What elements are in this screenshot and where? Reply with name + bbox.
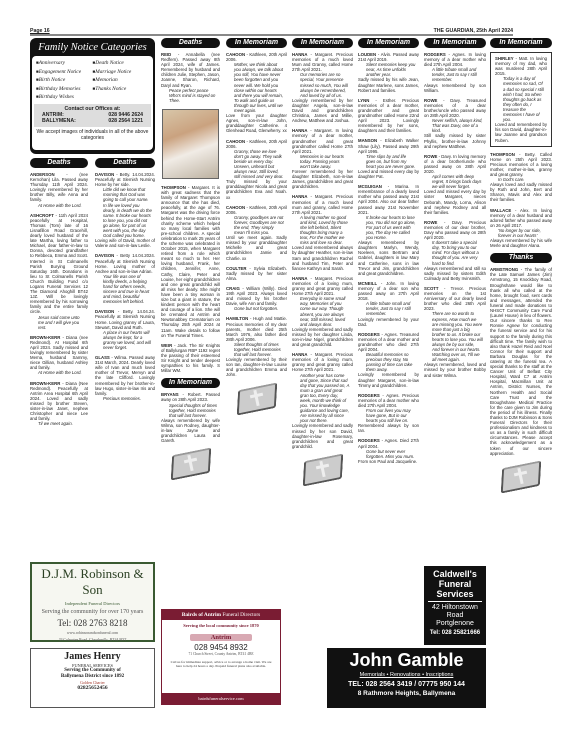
notice-text: - The family of the Late Samuel James (J… <box>490 267 552 455</box>
notice: MANSON - Elizabeth Walker Shaw (Lily). P… <box>358 138 419 179</box>
category-item: Marriage Notice <box>93 68 150 77</box>
notice-verse: Gone but not forgotten. <box>226 306 287 311</box>
category-item: Birth Notice <box>36 76 93 85</box>
images-note: We accept images of individuals in all o… <box>36 129 149 142</box>
notice: BROWN-KERR - Diana (nee Redmond). At Hos… <box>30 335 88 376</box>
section-header-in-memoriam: In Memoriam <box>226 38 287 48</box>
notice-closing: Lovingly remembered and sadly missed by … <box>292 423 353 448</box>
bible-icon <box>300 455 346 487</box>
notice: ROWE - Davy. In loving memory of a dear … <box>424 154 486 215</box>
notice-verse: Peace perfect peace Who's mind is stayed… <box>161 88 220 103</box>
notice-verse: Beautiful memories so precious they stay… <box>358 352 419 372</box>
notice-verse: Time slips by and life goes on, but from… <box>358 154 419 169</box>
notice: HANNA - Margaret. Precious memories of a… <box>292 352 353 449</box>
notice-verse: Silent memories keep you near, As time u… <box>358 62 419 77</box>
ad-town: Antrim <box>190 634 252 641</box>
categories-list: Anniversary Death Notice Engagement Noti… <box>36 59 149 102</box>
portrait-photo <box>162 109 219 179</box>
notice-text: - Wilma. Passed away 31st March, 2024. D… <box>95 355 155 396</box>
notice: MCNEILL - John. In loving memory of a de… <box>358 281 419 327</box>
notice: CAHOON - Kathleen, 20th April 2006.Grann… <box>226 205 287 261</box>
notice: CAHOON - Kathleen, 20th April 2006.Grann… <box>226 139 287 200</box>
notice-closing: Always remembered by daughters Marlyn, W… <box>358 240 419 276</box>
notice-verse: Special thoughts of times together, Hold… <box>161 403 220 418</box>
notice-closing: Love from your daughter Agnes, son-in-la… <box>226 113 287 133</box>
notice-verse: Til we meet again. <box>30 421 88 426</box>
notice: HANNA - Margaret. Precious memories of a… <box>292 52 353 123</box>
notice-text: - (nee Kernohan) Lila. Passed away Thurs… <box>30 172 88 202</box>
notice: BRYANS - Robert. Passed away on 28th Apr… <box>161 392 220 443</box>
header-rule <box>30 34 513 36</box>
notice-verse: Precious memories. <box>95 396 155 401</box>
ad-phone: 028 9454 8932 <box>162 643 280 652</box>
section-header-deaths: Deaths <box>161 38 220 48</box>
notice: WALLACE - Alex. In loving memory of a de… <box>490 208 552 249</box>
notice-verse: Silent thoughts of times together, Hold … <box>226 342 287 357</box>
notice: CAHOON - Kathleen, 20th April 2006.Mothe… <box>226 52 287 134</box>
notice-verse: Our memories are so special, Your presen… <box>292 72 353 97</box>
notice-verse: A little tribute small and tender, Just … <box>358 301 419 316</box>
office-phone: 028 2564 1221 <box>108 118 143 124</box>
notice-verse: Your life was one of kindly deeds, a hel… <box>95 274 155 305</box>
notice-closing: Truly missed by your granddaughter Nicol… <box>226 179 287 199</box>
section-header-in-memoriam: In Memoriam <box>424 38 486 48</box>
section-header-in-memoriam: In Memoriam <box>358 38 419 48</box>
notice: REID - Annabella (nee Redfern). Passed a… <box>161 52 220 103</box>
category-item: Thanks Notice <box>93 85 150 94</box>
notice-text: - Annabella (nee Redfern). Passed away 8… <box>161 52 220 88</box>
notice-text: - Esther. Precious memories of a dear mo… <box>358 98 419 134</box>
ad-phone: Tel: 028 2763 8218 <box>32 618 153 628</box>
notice-verse: Never selfish, always kind, That was Dav… <box>424 118 486 133</box>
ad-phone: 02825652456 <box>31 685 154 691</box>
notice: CRAIG - William (Willy). Died 19th April… <box>226 286 287 311</box>
notice: THOMPSON - Betty. Called Home on 25th Ap… <box>490 152 552 203</box>
caldwells-funeral-services-ad[interactable]: Caldwell's Funeral Services 42 Hiltonsto… <box>424 566 486 645</box>
notice: HANNA - Margaret. Precious memories of a… <box>292 194 353 270</box>
contact-offices: Contact our Offices at: ANTRIM:028 9446 … <box>34 104 151 127</box>
category-item: Birthday Wishes <box>36 93 93 102</box>
notice-verse: A place in our hearts will always be kep… <box>95 330 155 350</box>
notice-closing: Sadly missed by his wife Jean, daughter … <box>358 77 419 92</box>
notice-verse: It doesn't take a special day, To bring … <box>424 240 486 265</box>
notice: GLASS - Wilma. Passed away 31st March, 2… <box>95 355 155 401</box>
memoriam-column-4: In Memoriam CAHOON - Kathleen, 20th Apri… <box>226 38 287 422</box>
notice-closing: Always remembered, loved and missed by y… <box>424 362 486 377</box>
notice: SCOTT - Trevor. Precious memories on the… <box>424 286 486 378</box>
notice-verse: Little did we know that morning that God… <box>95 187 155 238</box>
bible-icon <box>234 384 280 416</box>
notice-verse: April comes with deep regret, It brings … <box>424 174 486 189</box>
ad-title: Bairds of Antrim Funeral Directors <box>162 610 280 620</box>
notice: RODGERS - Agnes. Died 27th April 2004.Go… <box>358 438 419 463</box>
section-header-thanks: Thanks <box>490 253 552 263</box>
notice-text: - Diana (Nee Redmond). Peacefully at Ant… <box>30 381 88 422</box>
ad-address: Portglenone <box>424 620 486 628</box>
notice: BROWN-KERR - Diana (Nee Redmond). Peacef… <box>30 381 88 427</box>
notice: HAMILTON - Hugh and Mattie. Precious mem… <box>226 316 287 377</box>
bible-icon <box>168 449 214 481</box>
ad-title: D.J.M. Robinson & Son <box>32 566 153 598</box>
ad-title: John Gamble <box>327 650 486 670</box>
notice-closing: Always remembered by son William. <box>424 83 486 93</box>
djm-robinson-ad[interactable]: D.J.M. Robinson & Son Independent Funera… <box>30 562 155 642</box>
category-item: Memorian <box>93 76 150 85</box>
notice: ROWE - Davy. Precious memories of our de… <box>424 220 486 281</box>
john-gamble-ad[interactable]: John Gamble Memorials • Renovations • In… <box>327 648 486 708</box>
notice-closing: Lovingly remembered by her daughter Ange… <box>292 98 353 123</box>
notice-verse: At Home with the Lord. <box>30 370 88 375</box>
notice: COULTER - Sylvia Elizabeth. Sadly missed… <box>226 266 287 281</box>
bible-icon <box>498 462 544 494</box>
ad-title: James Henry <box>31 651 154 662</box>
bairds-of-antrim-ad[interactable]: Bairds of Antrim Funeral Directors Servi… <box>161 609 281 705</box>
ad-message: Call us for immediate support, advice or… <box>162 656 280 668</box>
notice-verse: Today is a day of memories so sad, Of a … <box>495 76 547 122</box>
category-item: Engagement Notice <box>36 68 93 77</box>
notice-closing: Loved and remembered always by daughter … <box>292 245 353 270</box>
notice: LOUDEN - Alvin. Passed away 21st April 2… <box>358 52 419 93</box>
notice-closing: Forever remembered by her daughter Eliza… <box>292 169 353 189</box>
notice-verse: At Home with the Lord. <box>30 203 88 208</box>
ad-address: Road <box>424 612 486 620</box>
notice-text: - Diana (nee Redmond). At Hospital 6th A… <box>30 335 88 371</box>
notice-text: - Jack. The Sir Knights of Ballylurgan R… <box>161 343 220 373</box>
notice-verse: Memories in our hearts today. Passing ye… <box>292 154 353 169</box>
notice-verse: Granny, those we love don't go away. The… <box>226 149 287 180</box>
notice-verse: Mother, we think about you always, we ta… <box>226 62 287 113</box>
deaths-column-3: Deaths REID - Annabella (nee Redfern). P… <box>161 38 220 487</box>
category-item: Death Notice <box>93 59 150 68</box>
notice-verse: From our lives you may have gone, But in… <box>358 408 419 423</box>
ad-serving: Serving the local community since 1870 <box>162 623 280 628</box>
memoriam-column-6: In Memoriam LOUDEN - Alvin. Passed away … <box>358 38 419 469</box>
notice: ROWE - Davy. Treasured memories of a dea… <box>424 98 486 149</box>
category-item: Birthday Memories <box>36 85 93 94</box>
notice-closing: Loved and remembered by his son David, d… <box>495 122 547 142</box>
ad-title: Caldwell's <box>424 569 486 579</box>
notice-closing: Still sadly missed by sister Phyllis, br… <box>424 133 486 148</box>
notice-text: - 11th April 2024 peacefully at Hospital… <box>30 213 88 315</box>
ad-title: Funeral <box>424 579 486 589</box>
ad-services: Memorials • Renovations • Inscriptions <box>327 672 486 678</box>
notice-boxed: SHIRLEY - Matt. In loving memory of my d… <box>490 52 552 147</box>
notice: LYNN - Esther. Precious memories of a de… <box>358 98 419 134</box>
notice: DAVISON - Betty. 14.04.24. Peacefully at… <box>95 309 155 350</box>
notice-closing: Loved and missed every day by daughter P… <box>358 169 419 179</box>
notice: ANDERSON - (nee Kernohan) Lila. Passed a… <box>30 172 88 208</box>
memoriam-column-5: In Memoriam HANNA - Margaret. Precious m… <box>292 38 353 493</box>
notice-closing: Always loved and sadly missed by Ruth an… <box>490 182 552 202</box>
notice: THOMPSON - Margaret. It is with great sa… <box>161 185 220 338</box>
notice-verse: Granny, goodbyes are not forever, Goodby… <box>226 215 287 235</box>
james-henry-ad[interactable]: James Henry FUNERAL SERVICES Serving the… <box>30 648 155 708</box>
notice: HANNA - Margaret. In loving memory of a … <box>292 128 353 189</box>
notice: RODGERS - Agnes. In loving memory of a d… <box>424 52 486 93</box>
notice: WEIR - Jack. The Sir Knights of Ballylur… <box>161 343 220 374</box>
notice-verse: 'No longer by our side, forever in our h… <box>490 228 552 238</box>
notice-verse: Jesus said come unto me and I will give … <box>30 315 88 330</box>
section-header-deaths: Deaths <box>95 158 155 168</box>
family-notice-categories-box: Family Notice Categories Anniversary Dea… <box>30 38 155 154</box>
notice-text: - Margaret. It is with great sadness tha… <box>161 185 220 338</box>
ad-title: Services <box>424 589 486 599</box>
ad-phone: Tel: 028 25821666 <box>424 630 486 636</box>
notice-closing: Lovingly remembered by their son Ian, da… <box>226 357 287 377</box>
ad-tagline: Independent Funeral Directors <box>32 601 153 606</box>
notice-closing: Always remembered by wife Wilma, son Rod… <box>161 418 220 443</box>
section-header-in-memoriam: In Memoriam <box>161 378 220 388</box>
notice: RODGERS - Agnes. Precious memories of a … <box>358 393 419 434</box>
notice-closing: Lovingly remembered by your Dad. <box>358 317 419 327</box>
notice-closing: Always remembered and still so sadly mis… <box>424 266 486 281</box>
notice: MCGUIGAN - Marina. In remembrance of a d… <box>358 184 419 276</box>
notice-verse: Gone but never ever forgotten. Miss you … <box>358 449 419 459</box>
notice-verse: A loving mother so good and kind, Loved … <box>292 215 353 246</box>
ad-address: 8 Rathmore Heights, Ballymena <box>327 690 486 697</box>
ad-address: 42 Hiltonstown <box>424 604 486 612</box>
office-name: BALLYMENA: <box>42 118 76 124</box>
deaths-column-1: Deaths ANDERSON - (nee Kernohan) Lila. P… <box>30 158 88 431</box>
notice-closing: Remembered always by son Ian. <box>358 423 419 433</box>
ad-address: 33 Coleraine Road, Cloughmills, BT44 9DT <box>32 638 153 642</box>
ad-website: www.robinsonandsonfuneral.com <box>32 631 153 635</box>
notice-verse: There are no words to express, How much … <box>424 311 486 362</box>
notice-verse: Another year has come and gone, Since th… <box>292 373 353 424</box>
notice-closing: From son Paul and Jacqueline. <box>358 459 419 464</box>
section-header-deaths: Deaths <box>30 158 88 168</box>
notice-closing: Lovingly remembered by daughter Margaret… <box>358 372 419 387</box>
notice: HANNA - Margaret. Precious memories of a… <box>292 276 353 347</box>
ad-serving: Serving the community for over 170 years <box>32 609 153 615</box>
section-header-in-memoriam: In Memoriam <box>292 38 353 48</box>
ad-phone: TEL: 028 2564 3419 / 07775 950 144 <box>327 681 486 688</box>
notice-closing: Loving wife of David, mother of Valerie … <box>95 238 155 248</box>
notice-text: - Marina. In remembrance of a dearly lov… <box>358 184 419 214</box>
section-header-in-memoriam: In Memoriam <box>490 38 552 48</box>
notice: ASHCROFT - 11th April 2024 peacefully at… <box>30 213 88 330</box>
notice: DAVISON - Betty. 14.04.2024. Peacefully … <box>95 172 155 248</box>
memoriam-column-7: In Memoriam RODGERS - Agnes. In loving m… <box>424 38 486 383</box>
notice: RODGERS - Agnes. Treasured memories of a… <box>358 332 419 388</box>
ad-website: bairdsfuneralservice.com <box>162 693 280 704</box>
deaths-column-2: Deaths DAVISON - Betty. 14.04.2024. Peac… <box>95 158 155 406</box>
notice-verse: A little tribute small and tender, Just … <box>424 67 486 82</box>
notice-verse: Everyday in some small way, Memories of … <box>292 296 353 327</box>
categories-title: Family Notice Categories <box>32 40 153 56</box>
notice-closing: Always remembered by his wife Merle and … <box>490 238 552 248</box>
notice-closing: Loved and missed every day by sister Mar… <box>424 189 486 214</box>
memoriam-column-8: In Memoriam SHIRLEY - Matt. In loving me… <box>490 38 552 500</box>
notice: DAVISON - Betty 14.04.2024. Peacefully a… <box>95 253 155 304</box>
category-item: Anniversary <box>36 59 93 68</box>
notice: ARMSTRONG - The family of the Late Samue… <box>490 267 552 455</box>
notice-closing: Until we meet again. Sadly missed by you… <box>226 235 287 260</box>
notice-verse: It broke our hearts to lose you, You did… <box>358 215 419 240</box>
notice-closing: Lovingly remembered and sadly missed by … <box>292 327 353 347</box>
